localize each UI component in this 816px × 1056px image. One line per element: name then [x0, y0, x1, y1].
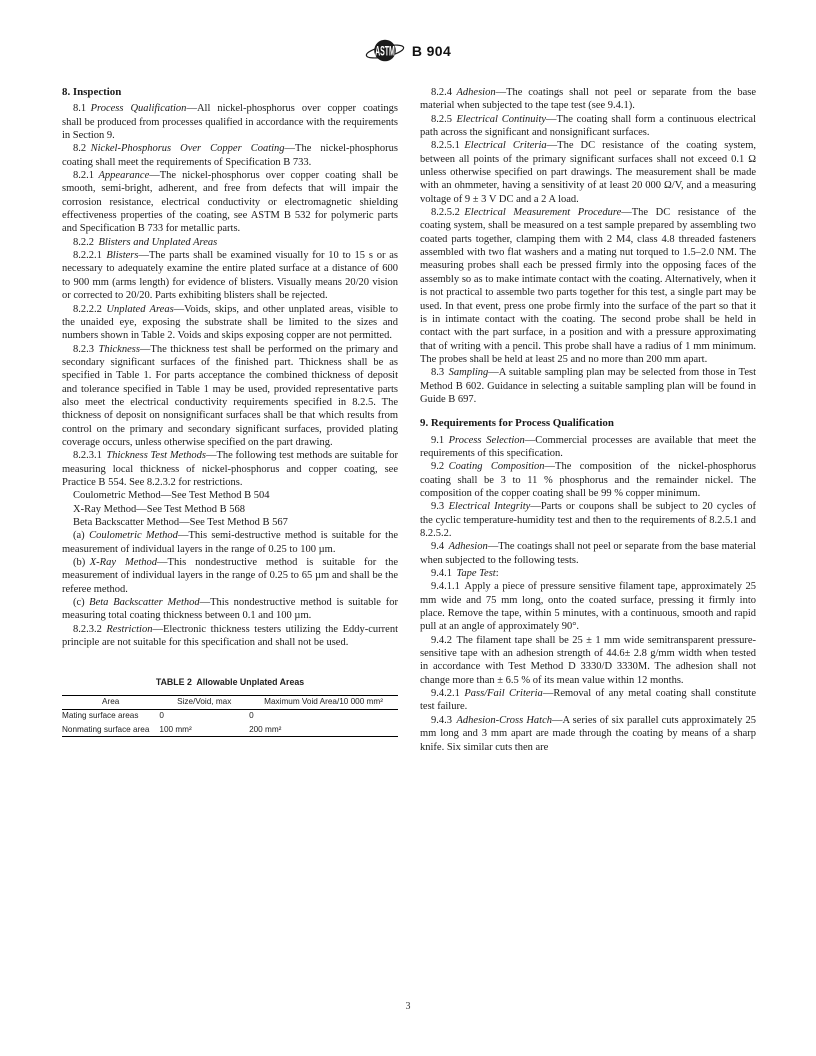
clause-number: 8.1 [73, 103, 86, 114]
clause-title: Electrical Integrity [449, 501, 531, 512]
clause-paragraph: 9.4.1.1Apply a piece of pressure sensiti… [420, 580, 756, 633]
clause-paragraph: 8.2.2Blisters and Unplated Areas [62, 236, 398, 249]
page-number: 3 [406, 1001, 411, 1012]
clause-paragraph: 8.1Process Qualification—All nickel-phos… [62, 102, 398, 142]
table-2-title: TABLE 2 Allowable Unplated Areas [62, 676, 398, 689]
table-cell: Mating surface areas [62, 709, 159, 723]
table-2: Area Size/Void, max Maximum Void Area/10… [62, 695, 398, 738]
clause-text: The filament tape shall be 25 ± 1 mm wid… [420, 635, 756, 686]
clause-paragraph: 9.2Coating Composition—The composition o… [420, 460, 756, 500]
method-list-line: Coulometric Method—See Test Method B 504 [62, 489, 398, 502]
clause-title: Adhesion [449, 541, 488, 552]
clause-title: Restriction [106, 624, 152, 635]
clause-title: Process Qualification [91, 103, 187, 114]
section-heading: 9. Requirements for Process Qualificatio… [420, 417, 756, 430]
right-column-sections: 8.2.4Adhesion—The coatings shall not pee… [420, 86, 756, 754]
clause-title: Electrical Continuity [457, 114, 547, 125]
clause-number: 8.2 [73, 143, 86, 154]
table-row: Nonmating surface area 100 mm² 200 mm² [62, 723, 398, 737]
table-2-header-max-void-area: Maximum Void Area/10 000 mm² [249, 695, 398, 709]
clause-paragraph: 9.3Electrical Integrity—Parts or coupons… [420, 500, 756, 540]
svg-text:ASTM: ASTM [375, 44, 395, 59]
clause-number: 8.3 [431, 367, 444, 378]
table-2-header-row: Area Size/Void, max Maximum Void Area/10… [62, 695, 398, 709]
clause-title: Thickness [99, 344, 140, 355]
clause-number: 9.1 [431, 435, 444, 446]
clause-title: Adhesion-Cross Hatch [457, 715, 553, 726]
clause-paragraph: 8.3Sampling—A suitable sampling plan may… [420, 366, 756, 406]
clause-number: 8.2.4 [431, 87, 452, 98]
clause-number: 8.2.2.1 [73, 250, 102, 261]
clause-paragraph: 8.2.1Appearance—The nickel-phosphorus ov… [62, 169, 398, 236]
clause-paragraph: 8.2.4Adhesion—The coatings shall not pee… [420, 86, 756, 113]
clause-title: Blisters [106, 250, 138, 261]
clause-number: 8.2.3 [73, 344, 94, 355]
table-cell: 100 mm² [159, 723, 249, 737]
clause-number: 8.2.5 [431, 114, 452, 125]
section-heading: 8. Inspection [62, 86, 398, 99]
clause-title: X-Ray Method [90, 557, 157, 568]
clause-number: 9.4.2.1 [431, 688, 460, 699]
clause-text: : [496, 568, 499, 579]
right-column: 8.2.4Adhesion—The coatings shall not pee… [420, 86, 756, 754]
clause-number: 9.4.1 [431, 568, 452, 579]
table-cell: 0 [159, 709, 249, 723]
clause-paragraph: 9.4Adhesion—The coatings shall not peel … [420, 540, 756, 567]
page-header: ASTM B 904 [0, 36, 816, 66]
clause-text: Apply a piece of pressure sensitive fila… [420, 581, 756, 632]
clause-number: 8.2.2 [73, 237, 94, 248]
clause-title: Process Selection [449, 435, 525, 446]
clause-title: Unplated Areas [106, 304, 173, 315]
clause-number: 9.4.2 [431, 635, 452, 646]
clause-title: Blisters and Unplated Areas [99, 237, 218, 248]
table-2-header-area: Area [62, 695, 159, 709]
clause-title: Thickness Test Methods [106, 450, 206, 461]
clause-paragraph: 8.2.5Electrical Continuity—The coating s… [420, 113, 756, 140]
clause-title: Adhesion [457, 87, 496, 98]
clause-number: 8.2.3.2 [73, 624, 102, 635]
clause-number: 9.4.3 [431, 715, 452, 726]
table-row: Mating surface areas 0 0 [62, 709, 398, 723]
clause-paragraph: 9.4.3Adhesion-Cross Hatch—A series of si… [420, 714, 756, 754]
clause-paragraph: (b)X-Ray Method—This nondestructive meth… [62, 556, 398, 596]
clause-paragraph: 8.2.3Thickness—The thickness test shall … [62, 343, 398, 450]
clause-paragraph: 9.1Process Selection—Commercial processe… [420, 434, 756, 461]
clause-number: 9.3 [431, 501, 444, 512]
clause-title: Coulometric Method [89, 530, 178, 541]
table-cell: 0 [249, 709, 398, 723]
clause-title: Pass/Fail Criteria [464, 688, 542, 699]
astm-logo-icon: ASTM [365, 36, 405, 66]
method-list-line: Beta Backscatter Method—See Test Method … [62, 516, 398, 529]
clause-number: (c) [73, 597, 85, 608]
table-cell: Nonmating surface area [62, 723, 159, 737]
clause-title: Electrical Criteria [464, 140, 546, 151]
clause-title: Nickel-Phosphorus Over Copper Coating [91, 143, 285, 154]
clause-paragraph: 8.2.5.1Electrical Criteria—The DC resist… [420, 139, 756, 206]
clause-number: (b) [73, 557, 85, 568]
document-page: ASTM B 904 8. Inspection8.1Process Quali… [0, 0, 816, 1056]
clause-paragraph: 8.2Nickel-Phosphorus Over Copper Coating… [62, 142, 398, 169]
clause-paragraph: 9.4.2.1Pass/Fail Criteria—Removal of any… [420, 687, 756, 714]
clause-paragraph: 8.2.2.1Blisters—The parts shall be exami… [62, 249, 398, 302]
clause-number: 8.2.5.1 [431, 140, 460, 151]
clause-title: Sampling [449, 367, 489, 378]
clause-title: Beta Backscatter Method [89, 597, 199, 608]
left-column-sections: 8. Inspection8.1Process Qualification—Al… [62, 86, 398, 649]
clause-number: 9.4 [431, 541, 444, 552]
clause-paragraph: 8.2.3.1Thickness Test Methods—The follow… [62, 449, 398, 489]
clause-number: 9.4.1.1 [431, 581, 460, 592]
clause-number: 9.2 [431, 461, 444, 472]
table-2-header-size-void: Size/Void, max [159, 695, 249, 709]
page-footer: 3 [0, 1001, 816, 1012]
clause-paragraph: 9.4.1Tape Test: [420, 567, 756, 580]
clause-paragraph: (a)Coulometric Method—This semi-destruct… [62, 529, 398, 556]
clause-title: Coating Composition [449, 461, 545, 472]
spec-number: B 904 [412, 43, 451, 59]
clause-title: Tape Test [457, 568, 496, 579]
table-cell: 200 mm² [249, 723, 398, 737]
clause-paragraph: 8.2.2.2Unplated Areas—Voids, skips, and … [62, 303, 398, 343]
clause-title: Appearance [99, 170, 150, 181]
clause-paragraph: 8.2.5.2Electrical Measurement Procedure—… [420, 206, 756, 366]
method-list-line: X-Ray Method—See Test Method B 568 [62, 503, 398, 516]
clause-number: 8.2.5.2 [431, 207, 460, 218]
clause-text: —The thickness test shall be performed o… [62, 344, 398, 448]
clause-paragraph: 8.2.3.2Restriction—Electronic thickness … [62, 623, 398, 650]
clause-text: —The DC resistance of the coating system… [420, 207, 756, 365]
page-body: 8. Inspection8.1Process Qualification—Al… [62, 86, 756, 754]
clause-title: Electrical Measurement Procedure [464, 207, 621, 218]
clause-paragraph: 9.4.2The filament tape shall be 25 ± 1 m… [420, 634, 756, 687]
clause-number: 8.2.3.1 [73, 450, 102, 461]
left-column: 8. Inspection8.1Process Qualification—Al… [62, 86, 398, 754]
clause-number: 8.2.1 [73, 170, 94, 181]
table-2-block: TABLE 2 Allowable Unplated Areas Area Si… [62, 676, 398, 737]
clause-number: 8.2.2.2 [73, 304, 102, 315]
clause-number: (a) [73, 530, 85, 541]
clause-paragraph: (c)Beta Backscatter Method—This nondestr… [62, 596, 398, 623]
